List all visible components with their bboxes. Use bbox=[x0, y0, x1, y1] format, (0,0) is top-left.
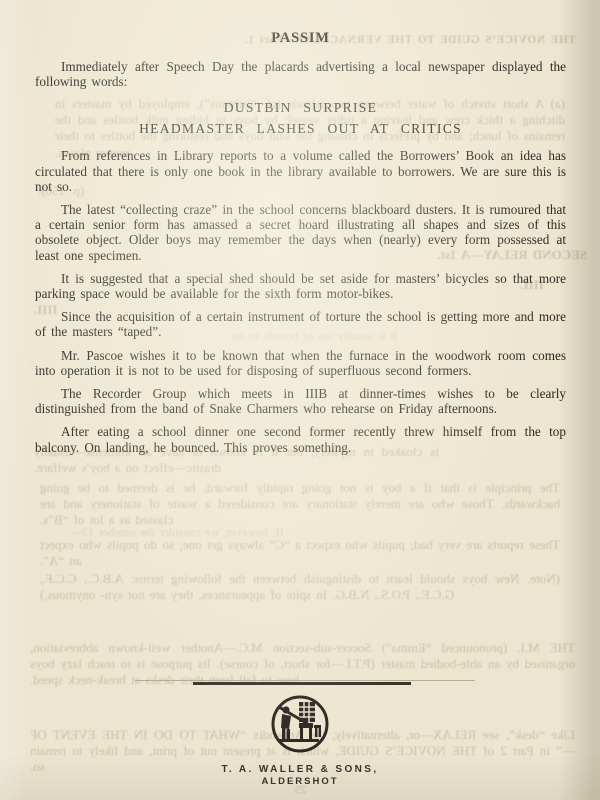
page-title: PASSIM bbox=[35, 30, 566, 47]
printer-imprint-name: T. A. WALLER & SONS, bbox=[0, 764, 600, 775]
scanned-magazine-page: THE NOVICE’S GUIDE TO THE VERNACULAR—Par… bbox=[0, 0, 600, 800]
headline-line-1: DUSTBIN SURPRISE bbox=[35, 97, 566, 118]
printer-press-logo-icon bbox=[270, 694, 330, 761]
foot-rule bbox=[193, 682, 411, 685]
article-content: PASSIM Immediately after Speech Day the … bbox=[0, 0, 600, 800]
paragraph: From references in Library reports to a … bbox=[35, 148, 566, 194]
paragraph: The latest “collecting craze” in the sch… bbox=[35, 202, 566, 263]
paragraph: It is suggested that a special shed shou… bbox=[35, 271, 566, 301]
printer-imprint-city: ALDERSHOT bbox=[0, 776, 600, 787]
paragraph: Since the acquisition of a certain instr… bbox=[35, 309, 566, 339]
paragraph: The Recorder Group which meets in IIIB a… bbox=[35, 386, 566, 416]
paragraph: After eating a school dinner one second … bbox=[35, 424, 566, 454]
headline-line-2: HEADMASTER LASHES OUT AT CRITICS bbox=[35, 118, 566, 139]
colophon: T. A. WALLER & SONS, ALDERSHOT bbox=[0, 694, 600, 787]
paragraph: Mr. Pascoe wishes it to be known that wh… bbox=[35, 348, 566, 378]
paragraph: Immediately after Speech Day the placard… bbox=[35, 59, 566, 89]
newspaper-placard-headline: DUSTBIN SURPRISE HEADMASTER LASHES OUT A… bbox=[35, 97, 566, 139]
